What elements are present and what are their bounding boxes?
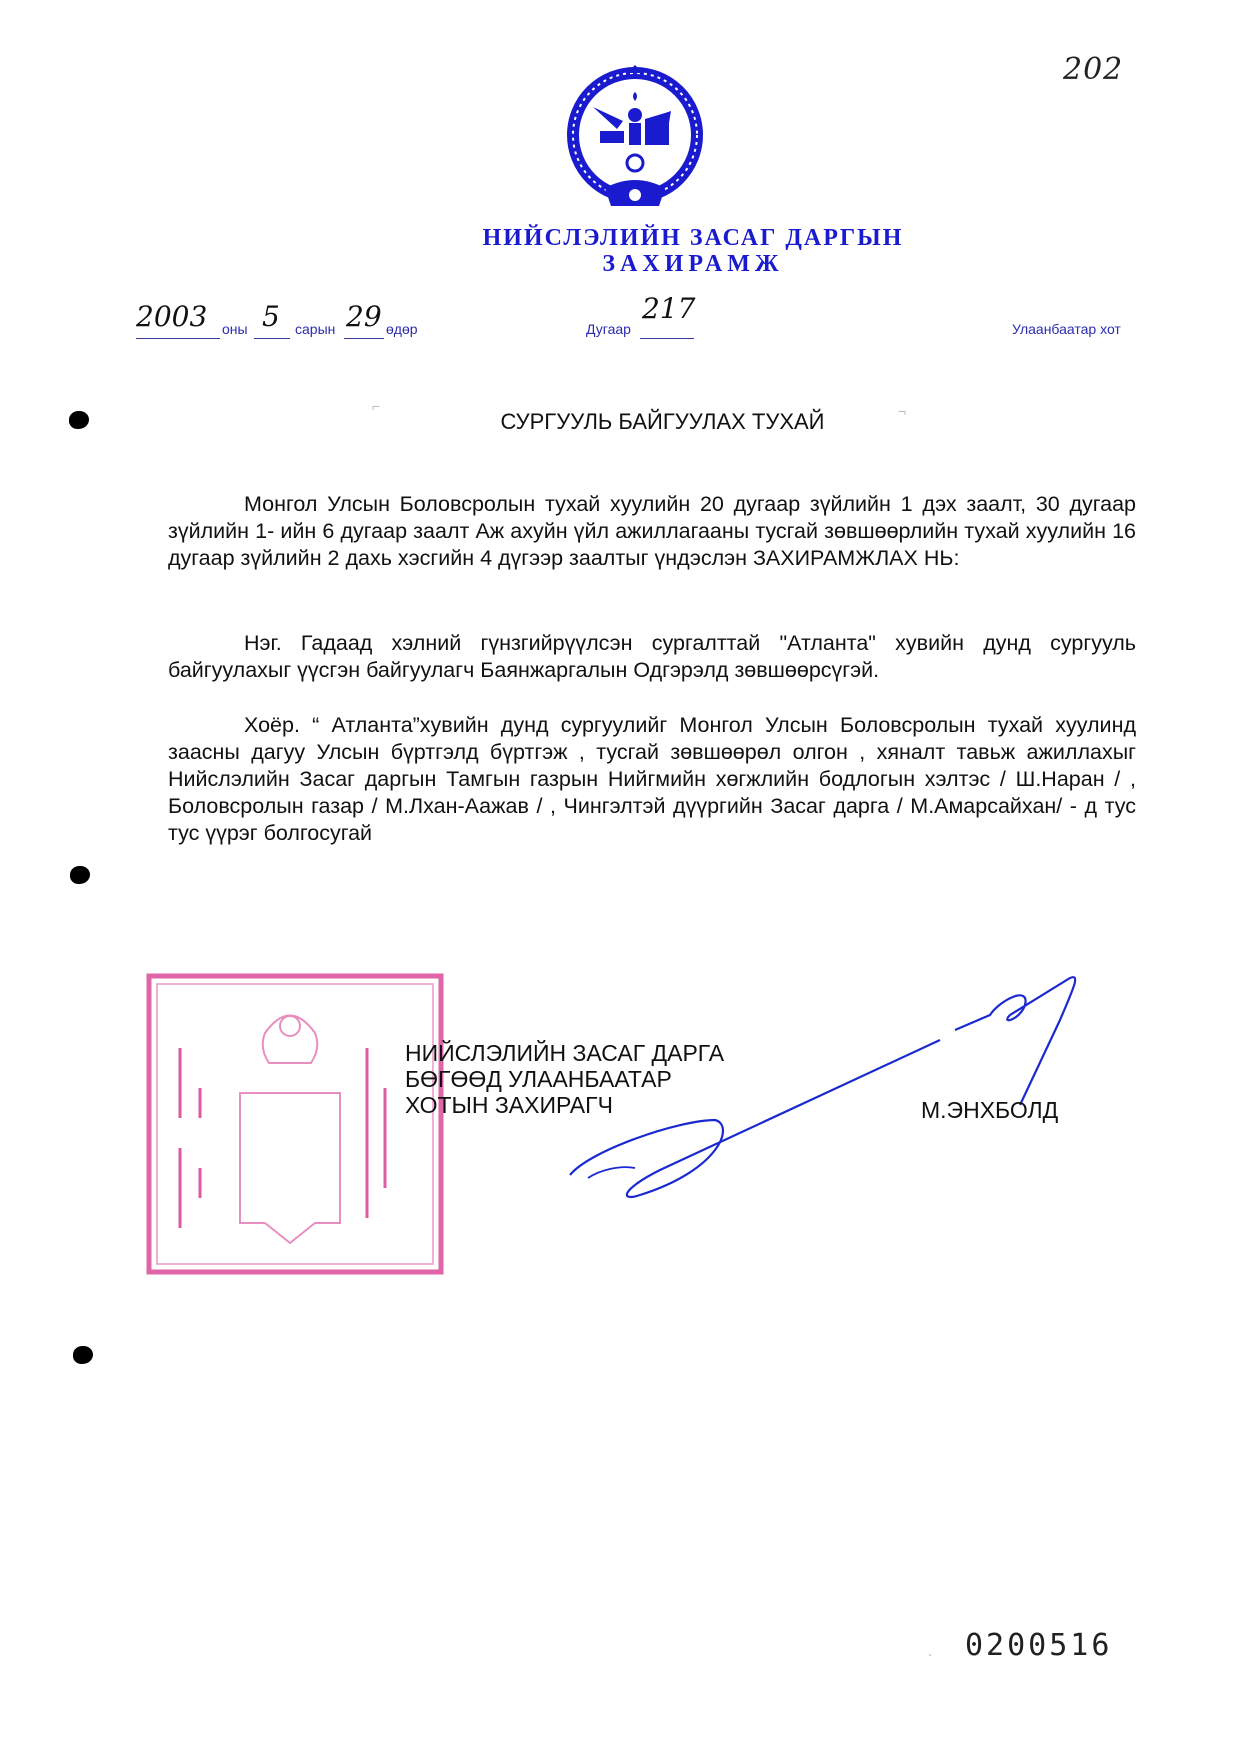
preamble-text: Монгол Улсын Боловсролын тухай хуулийн 2…	[168, 492, 1136, 570]
day-underline	[344, 338, 384, 339]
scan-speck: `	[928, 1652, 932, 1666]
header-line-1: НИЙСЛЭЛИЙН ЗАСАГ ДАРГЫН	[0, 225, 1240, 251]
number-underline	[640, 338, 694, 339]
handwritten-day: 29	[346, 300, 382, 333]
punch-hole-icon	[70, 866, 90, 884]
subject-title: СУРГУУЛЬ БАЙГУУЛАХ ТУХАЙ	[0, 409, 1240, 435]
item-1-paragraph: Нэг. Гадаад хэлний гүнзгийрүүлсэн сургал…	[168, 630, 1136, 684]
page-number: 202	[1063, 52, 1123, 87]
item-2-text: Хоёр. “ Атланта”хувийн дунд сургуулийг М…	[168, 713, 1136, 845]
serial-number: 0200516	[965, 1628, 1112, 1663]
day-label: өдөр	[386, 321, 418, 337]
punch-hole-icon	[73, 1346, 93, 1364]
month-label: сарын	[295, 321, 335, 337]
signatory-name: М.ЭНХБОЛД	[921, 1097, 1058, 1124]
document-header: НИЙСЛЭЛИЙН ЗАСАГ ДАРГЫН ЗАХИРАМЖ	[0, 225, 1240, 277]
item-2-paragraph: Хоёр. “ Атланта”хувийн дунд сургуулийг М…	[168, 712, 1136, 847]
mongolia-state-emblem-icon	[565, 63, 705, 213]
month-underline	[254, 338, 290, 339]
item-1-text: Нэг. Гадаад хэлний гүнзгийрүүлсэн сургал…	[168, 631, 1136, 682]
handwritten-month: 5	[262, 300, 280, 333]
header-line-2: ЗАХИРАМЖ	[0, 251, 1240, 277]
year-underline	[136, 338, 220, 339]
handwritten-year: 2003	[136, 300, 207, 333]
number-label: Дугаар	[586, 321, 631, 337]
official-seal-stamp-icon	[145, 968, 450, 1280]
handwritten-number: 217	[642, 292, 695, 325]
corner-mark-right: ¬	[898, 403, 906, 419]
year-label: оны	[222, 321, 248, 337]
preamble-paragraph: Монгол Улсын Боловсролын тухай хуулийн 2…	[168, 491, 1136, 572]
city-label: Улаанбаатар хот	[1012, 321, 1121, 337]
handwritten-signature-icon	[560, 970, 1100, 1220]
